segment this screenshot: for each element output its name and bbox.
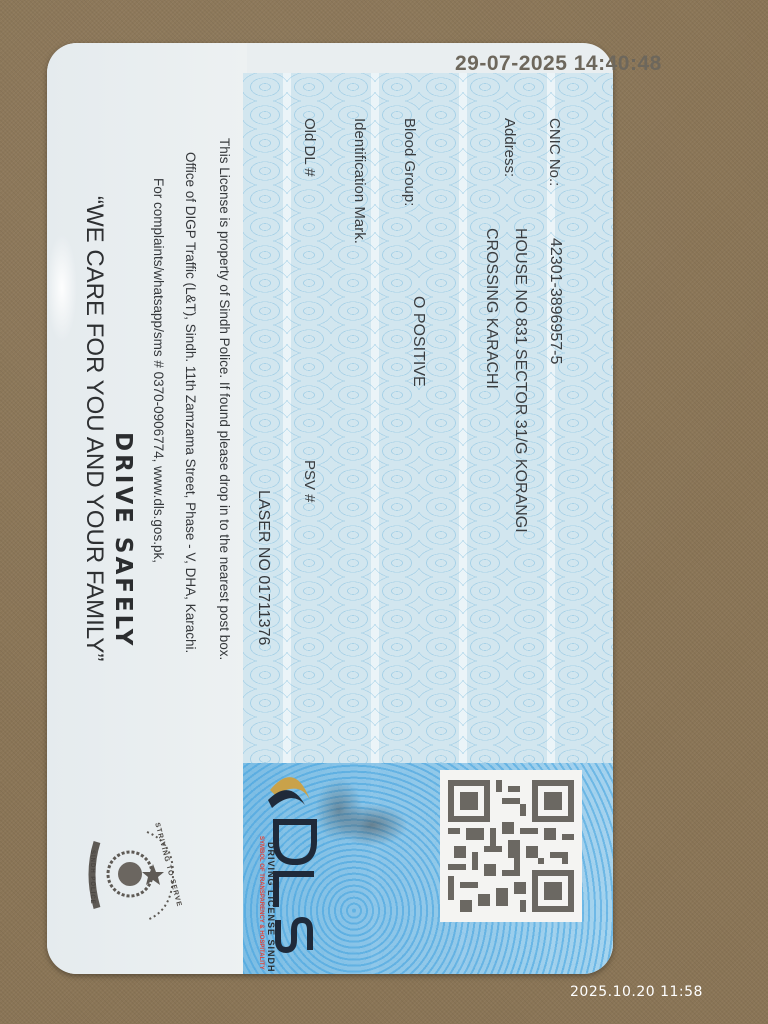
ghost-photo	[306, 770, 416, 870]
photo-timestamp: 2025.10.20 11:58	[570, 984, 703, 1000]
qr-code	[440, 770, 582, 922]
footer-line3: For complaints/whatsapp/sms # 0370-09067…	[151, 178, 166, 563]
footer-line2: Office of DIGP Traffic (L&T), Sindh. 11t…	[183, 152, 198, 653]
old-dl-label: Old DL #	[301, 118, 318, 177]
light-glare	[47, 233, 77, 343]
footer-line1: This License is property of Sindh Police…	[217, 138, 232, 660]
psv-label: PSV #	[301, 460, 318, 503]
cnic-label: CNIC No.:	[546, 118, 563, 186]
star-icon	[142, 864, 164, 885]
print-timestamp: 29-07-2025 14:40:48	[455, 52, 662, 76]
drive-safely-heading: DRIVE SAFELY	[110, 432, 136, 648]
address-line2: CROSSING KARACHI	[482, 228, 500, 389]
blood-group-value: O POSITIVE	[409, 296, 427, 387]
laser-number: LASER NO 01711376	[254, 490, 272, 645]
qr-code-pattern	[448, 780, 574, 912]
identification-mark-label: Identification Mark.	[351, 118, 368, 244]
address-label: Address:	[501, 118, 518, 177]
emblem-ribbon-text: SINDH POLICE	[89, 850, 95, 905]
logo-subtitle: DRIVING LICENSE SINDH	[266, 842, 276, 973]
blood-group-label: Blood Group:	[401, 118, 418, 206]
address-line1: HOUSE NO 831 SECTOR 31/G KORANGI	[511, 228, 529, 533]
cnic-value: 42301-3896957-5	[546, 238, 564, 364]
slogan: “WE CARE FOR YOU AND YOUR FAMILY”	[80, 196, 108, 661]
logo-tagline: SYMBOL OF TRANSPARENCY & HOSPITALITY	[258, 836, 264, 970]
